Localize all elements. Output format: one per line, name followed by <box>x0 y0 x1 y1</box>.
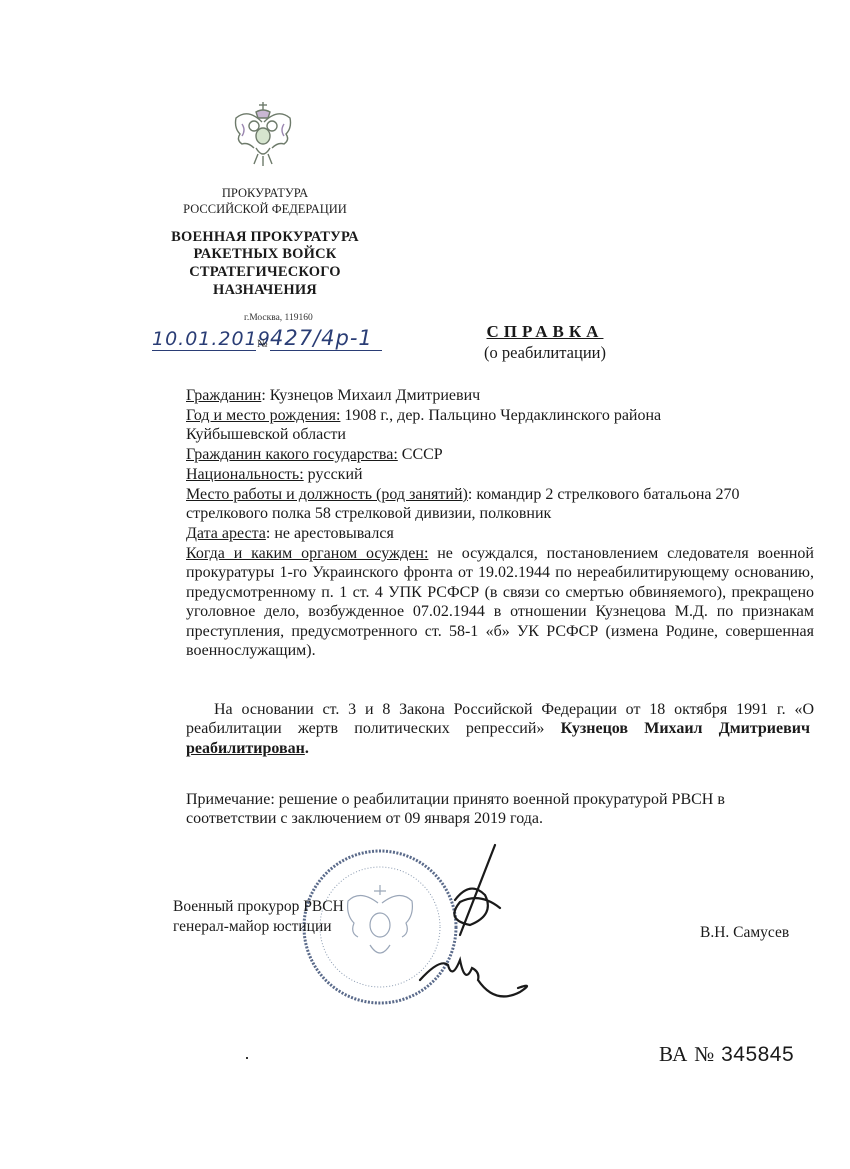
unit-name-line2: РАКЕТНЫХ ВОЙСК <box>140 246 390 264</box>
field-nationality: Национальность: русский <box>186 465 814 484</box>
field-label: Гражданин какого государства: <box>186 446 398 463</box>
signatory-position: Военный прокурор РВСН генерал-майор юсти… <box>173 897 344 937</box>
unit-name-line4: НАЗНАЧЕНИЯ <box>140 282 390 300</box>
serial-series: ВА <box>659 1042 688 1066</box>
russian-coat-of-arms-icon <box>228 100 298 168</box>
scan-speck <box>246 1057 248 1059</box>
handwritten-signature-icon <box>400 840 550 1010</box>
field-conviction: Когда и каким органом осужден: не осужда… <box>186 544 814 660</box>
field-value: не арестовывался <box>270 525 393 542</box>
field-occupation: Место работы и должность (род занятий): … <box>186 485 810 524</box>
number-sign: № <box>257 338 268 350</box>
field-value: русский <box>304 466 363 483</box>
field-value: СССР <box>398 446 443 463</box>
field-label: Дата ареста <box>186 525 266 542</box>
note: Примечание: решение о реабилитации приня… <box>186 790 786 829</box>
unit-name-line3: СТРАТЕГИЧЕСКОГО <box>140 264 390 282</box>
position-line2: генерал-майор юстиции <box>173 917 344 937</box>
field-label: Год и место рождения: <box>186 407 340 424</box>
field-label: Когда и каким органом осужден: <box>186 545 428 562</box>
field-birth: Год и место рождения: 1908 г., дер. Паль… <box>186 406 766 445</box>
form-serial-number: ВА № 345845 <box>659 1042 794 1067</box>
handwritten-date: 10.01.2019 <box>152 328 256 351</box>
field-arrest-date: Дата ареста: не арестовывался <box>186 524 814 543</box>
handwritten-reg-number: 427/4р-1 <box>270 326 382 351</box>
serial-number: 345845 <box>721 1043 794 1066</box>
field-label: Гражданин <box>186 387 261 404</box>
conclusion-paragraph: На основании ст. 3 и 8 Закона Российской… <box>186 700 814 758</box>
position-line1: Военный прокурор РВСН <box>173 897 344 917</box>
unit-name-line1: ВОЕННАЯ ПРОКУРАТУРА <box>140 229 390 247</box>
serial-number-sign: № <box>694 1042 715 1066</box>
field-label: Место работы и должность (род занятий) <box>186 486 468 503</box>
field-value: не осуждался, постановлением следователя… <box>186 545 814 659</box>
city-address: г.Москва, 119160 <box>244 313 313 323</box>
org-name-line2: РОССИЙСКОЙ ФЕДЕРАЦИИ <box>150 201 380 217</box>
field-citizenship: Гражданин какого государства: СССР <box>186 445 814 464</box>
document-title: СПРАВКА <box>460 322 630 342</box>
rehabilitation-verdict: реабилитирован <box>186 740 305 757</box>
field-value: Кузнецов Михаил Дмитриевич <box>266 387 480 404</box>
field-label: Национальность: <box>186 466 304 483</box>
org-name-line1: ПРОКУРАТУРА <box>150 185 380 201</box>
field-citizen: Гражданин: Кузнецов Михаил Дмитриевич <box>186 386 814 405</box>
signatory-name: В.Н. Самусев <box>700 924 789 942</box>
rehabilitated-name: Кузнецов Михаил Дмитриевич <box>561 720 810 737</box>
document-subtitle: (о реабилитации) <box>460 343 630 363</box>
